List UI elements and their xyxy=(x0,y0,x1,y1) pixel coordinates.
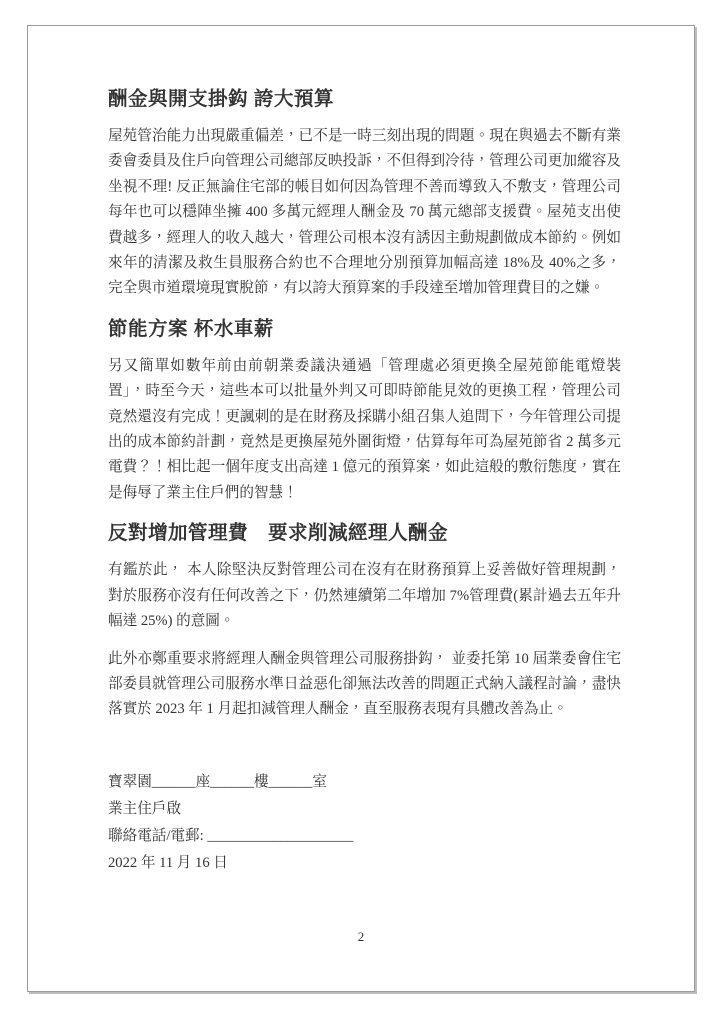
contact-line: 聯絡電話/電郵: ____________________ xyxy=(108,823,621,850)
document-content: 酬金與開支掛鈎 誇大預算 屋苑管治能力出現嚴重偏差，已不是一時三刻出現的問題。現… xyxy=(108,86,621,877)
paragraph: 另又簡單如數年前由前朝業委議決通過「管理處必須更換全屋苑節能電燈裝置」，時至今天… xyxy=(108,354,621,506)
section-heading: 酬金與開支掛鈎 誇大預算 xyxy=(108,86,621,112)
document-section: 節能方案 杯水車薪 另又簡單如數年前由前朝業委議決通過「管理處必須更換全屋苑節能… xyxy=(108,316,621,506)
address-line: 寶翠園______座______樓______室 xyxy=(108,769,621,796)
page-number: 2 xyxy=(28,929,694,945)
paragraph: 屋苑管治能力出現嚴重偏差，已不是一時三刻出現的問題。現在與過去不斷有業委會委員及… xyxy=(108,124,621,302)
signature-block: 寶翠園______座______樓______室 業主住户啟 聯絡電話/電郵: … xyxy=(108,769,621,877)
paragraph: 此外亦鄭重要求將經理人酬金與管理公司服務掛鈎， 並委托第 10 屆業委會住宅部委… xyxy=(108,647,621,723)
document-section: 反對增加管理費 要求削減經理人酬金 有鑑於此， 本人除堅決反對管理公司在沒有在財… xyxy=(108,520,621,722)
section-heading: 節能方案 杯水車薪 xyxy=(108,316,621,342)
paragraph: 有鑑於此， 本人除堅決反對管理公司在沒有在財務預算上妥善做好管理規劃，對於服務亦… xyxy=(108,558,621,634)
document-section: 酬金與開支掛鈎 誇大預算 屋苑管治能力出現嚴重偏差，已不是一時三刻出現的問題。現… xyxy=(108,86,621,302)
date-line: 2022 年 11 月 16 日 xyxy=(108,850,621,877)
section-heading: 反對增加管理費 要求削減經理人酬金 xyxy=(108,520,621,546)
document-page: 酬金與開支掛鈎 誇大預算 屋苑管治能力出現嚴重偏差，已不是一時三刻出現的問題。現… xyxy=(27,25,695,992)
signoff-line: 業主住户啟 xyxy=(108,796,621,823)
